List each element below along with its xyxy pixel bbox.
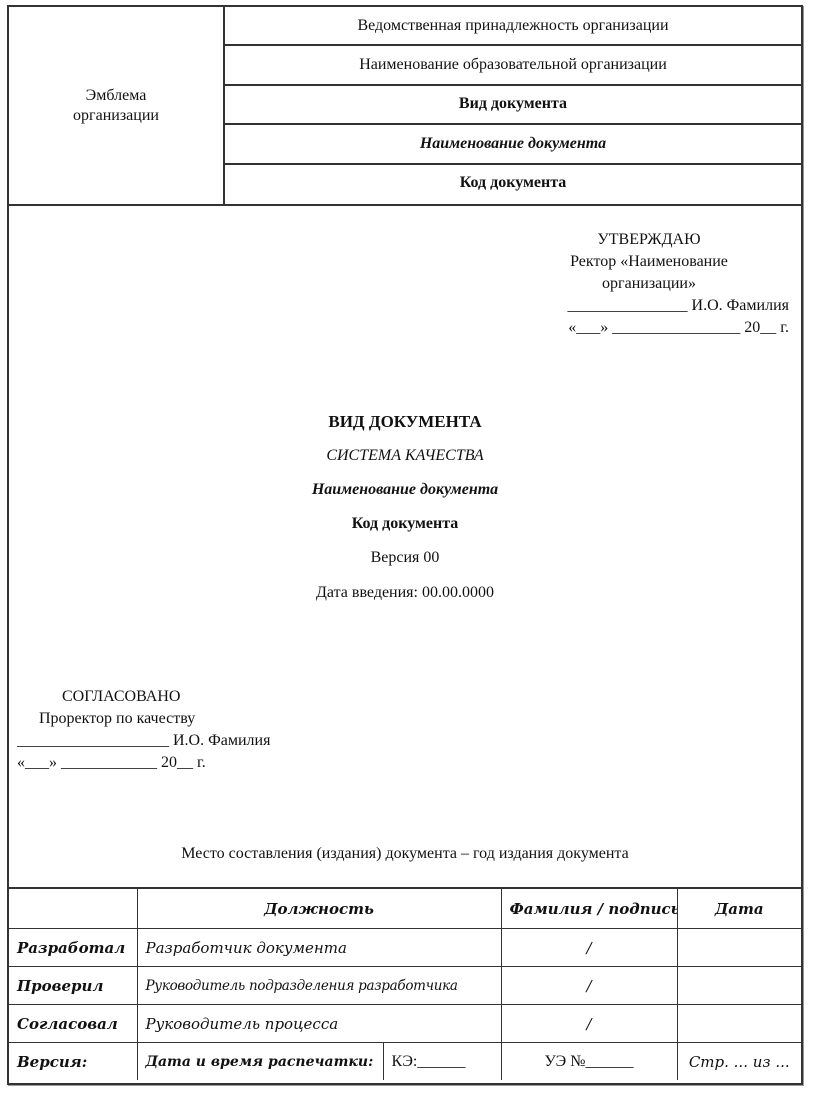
doc-version: Версия 00 <box>9 549 801 567</box>
footer-print-date: Дата и время распечатки: <box>137 1043 383 1081</box>
table-footer-row: Версия: Дата и время распечатки: КЭ:____… <box>9 1043 801 1081</box>
emblem-label: Эмблема организации <box>61 86 171 126</box>
row-position: Руководитель подразделения разработчика <box>137 967 501 1005</box>
footer-ke: КЭ:______ <box>383 1043 501 1081</box>
agreement-block: СОГЛАСОВАНО Проректор по качеству ______… <box>17 686 337 774</box>
row-date <box>677 929 801 967</box>
header-doc-name: Наименование документа <box>225 125 801 164</box>
agreement-date: «___» ____________ 20__ г. <box>17 752 337 774</box>
approval-title: УТВЕРЖДАЮ <box>509 229 789 251</box>
table-row: Разработал Разработчик документа / <box>9 929 801 967</box>
approval-date: «___» ________________ 20__ г. <box>509 317 789 339</box>
document-frame: Эмблема организации Ведомственная принад… <box>7 5 803 1085</box>
row-signature: / <box>501 929 677 967</box>
row-action: Проверил <box>9 967 137 1005</box>
approval-block: УТВЕРЖДАЮ Ректор «Наименование организац… <box>509 229 789 339</box>
place-year-line: Место составления (издания) документа – … <box>9 845 801 863</box>
header-cell-position: Должность <box>137 888 501 929</box>
doc-intro-date: Дата введения: 00.00.0000 <box>9 584 801 602</box>
row-action: Согласовал <box>9 1005 137 1043</box>
header-organization: Наименование образовательной организации <box>225 46 801 85</box>
header-doc-type: Вид документа <box>225 86 801 125</box>
approval-role-line1: Ректор «Наименование <box>509 251 789 273</box>
doc-type-title: ВИД ДОКУМЕНТА <box>9 412 801 432</box>
document-header: Эмблема организации Ведомственная принад… <box>9 7 801 206</box>
header-doc-code: Код документа <box>225 165 801 202</box>
row-action: Разработал <box>9 929 137 967</box>
header-department: Ведомственная принадлежность организации <box>225 7 801 46</box>
header-cell-empty <box>9 888 137 929</box>
footer-page: Стр. ... из ... <box>677 1043 801 1081</box>
emblem-placeholder: Эмблема организации <box>9 7 225 204</box>
row-date <box>677 1005 801 1043</box>
agreement-title: СОГЛАСОВАНО <box>17 686 337 708</box>
agreement-role: Проректор по качеству <box>17 708 337 730</box>
row-signature: / <box>501 1005 677 1043</box>
table-row: Проверил Руководитель подразделения разр… <box>9 967 801 1005</box>
header-rows: Ведомственная принадлежность организации… <box>225 7 801 204</box>
quality-system-label: СИСТЕМА КАЧЕСТВА <box>9 447 801 465</box>
row-date <box>677 967 801 1005</box>
table-header-row: Должность Фамилия / подпись Дата <box>9 888 801 929</box>
table-row: Согласовал Руководитель процесса / <box>9 1005 801 1043</box>
header-cell-date: Дата <box>677 888 801 929</box>
row-position: Разработчик документа <box>137 929 501 967</box>
row-signature: / <box>501 967 677 1005</box>
signature-table: Должность Фамилия / подпись Дата Разрабо… <box>9 887 801 1080</box>
footer-version: Версия: <box>9 1043 137 1081</box>
footer-ue: УЭ №______ <box>501 1043 677 1081</box>
approval-signature: _______________ И.О. Фамилия <box>509 295 789 317</box>
header-cell-signature: Фамилия / подпись <box>501 888 677 929</box>
agreement-signature: ___________________ И.О. Фамилия <box>17 730 337 752</box>
doc-code-title: Код документа <box>9 515 801 533</box>
row-position: Руководитель процесса <box>137 1005 501 1043</box>
doc-name-title: Наименование документа <box>9 481 801 499</box>
approval-role-line2: организации» <box>509 273 789 295</box>
